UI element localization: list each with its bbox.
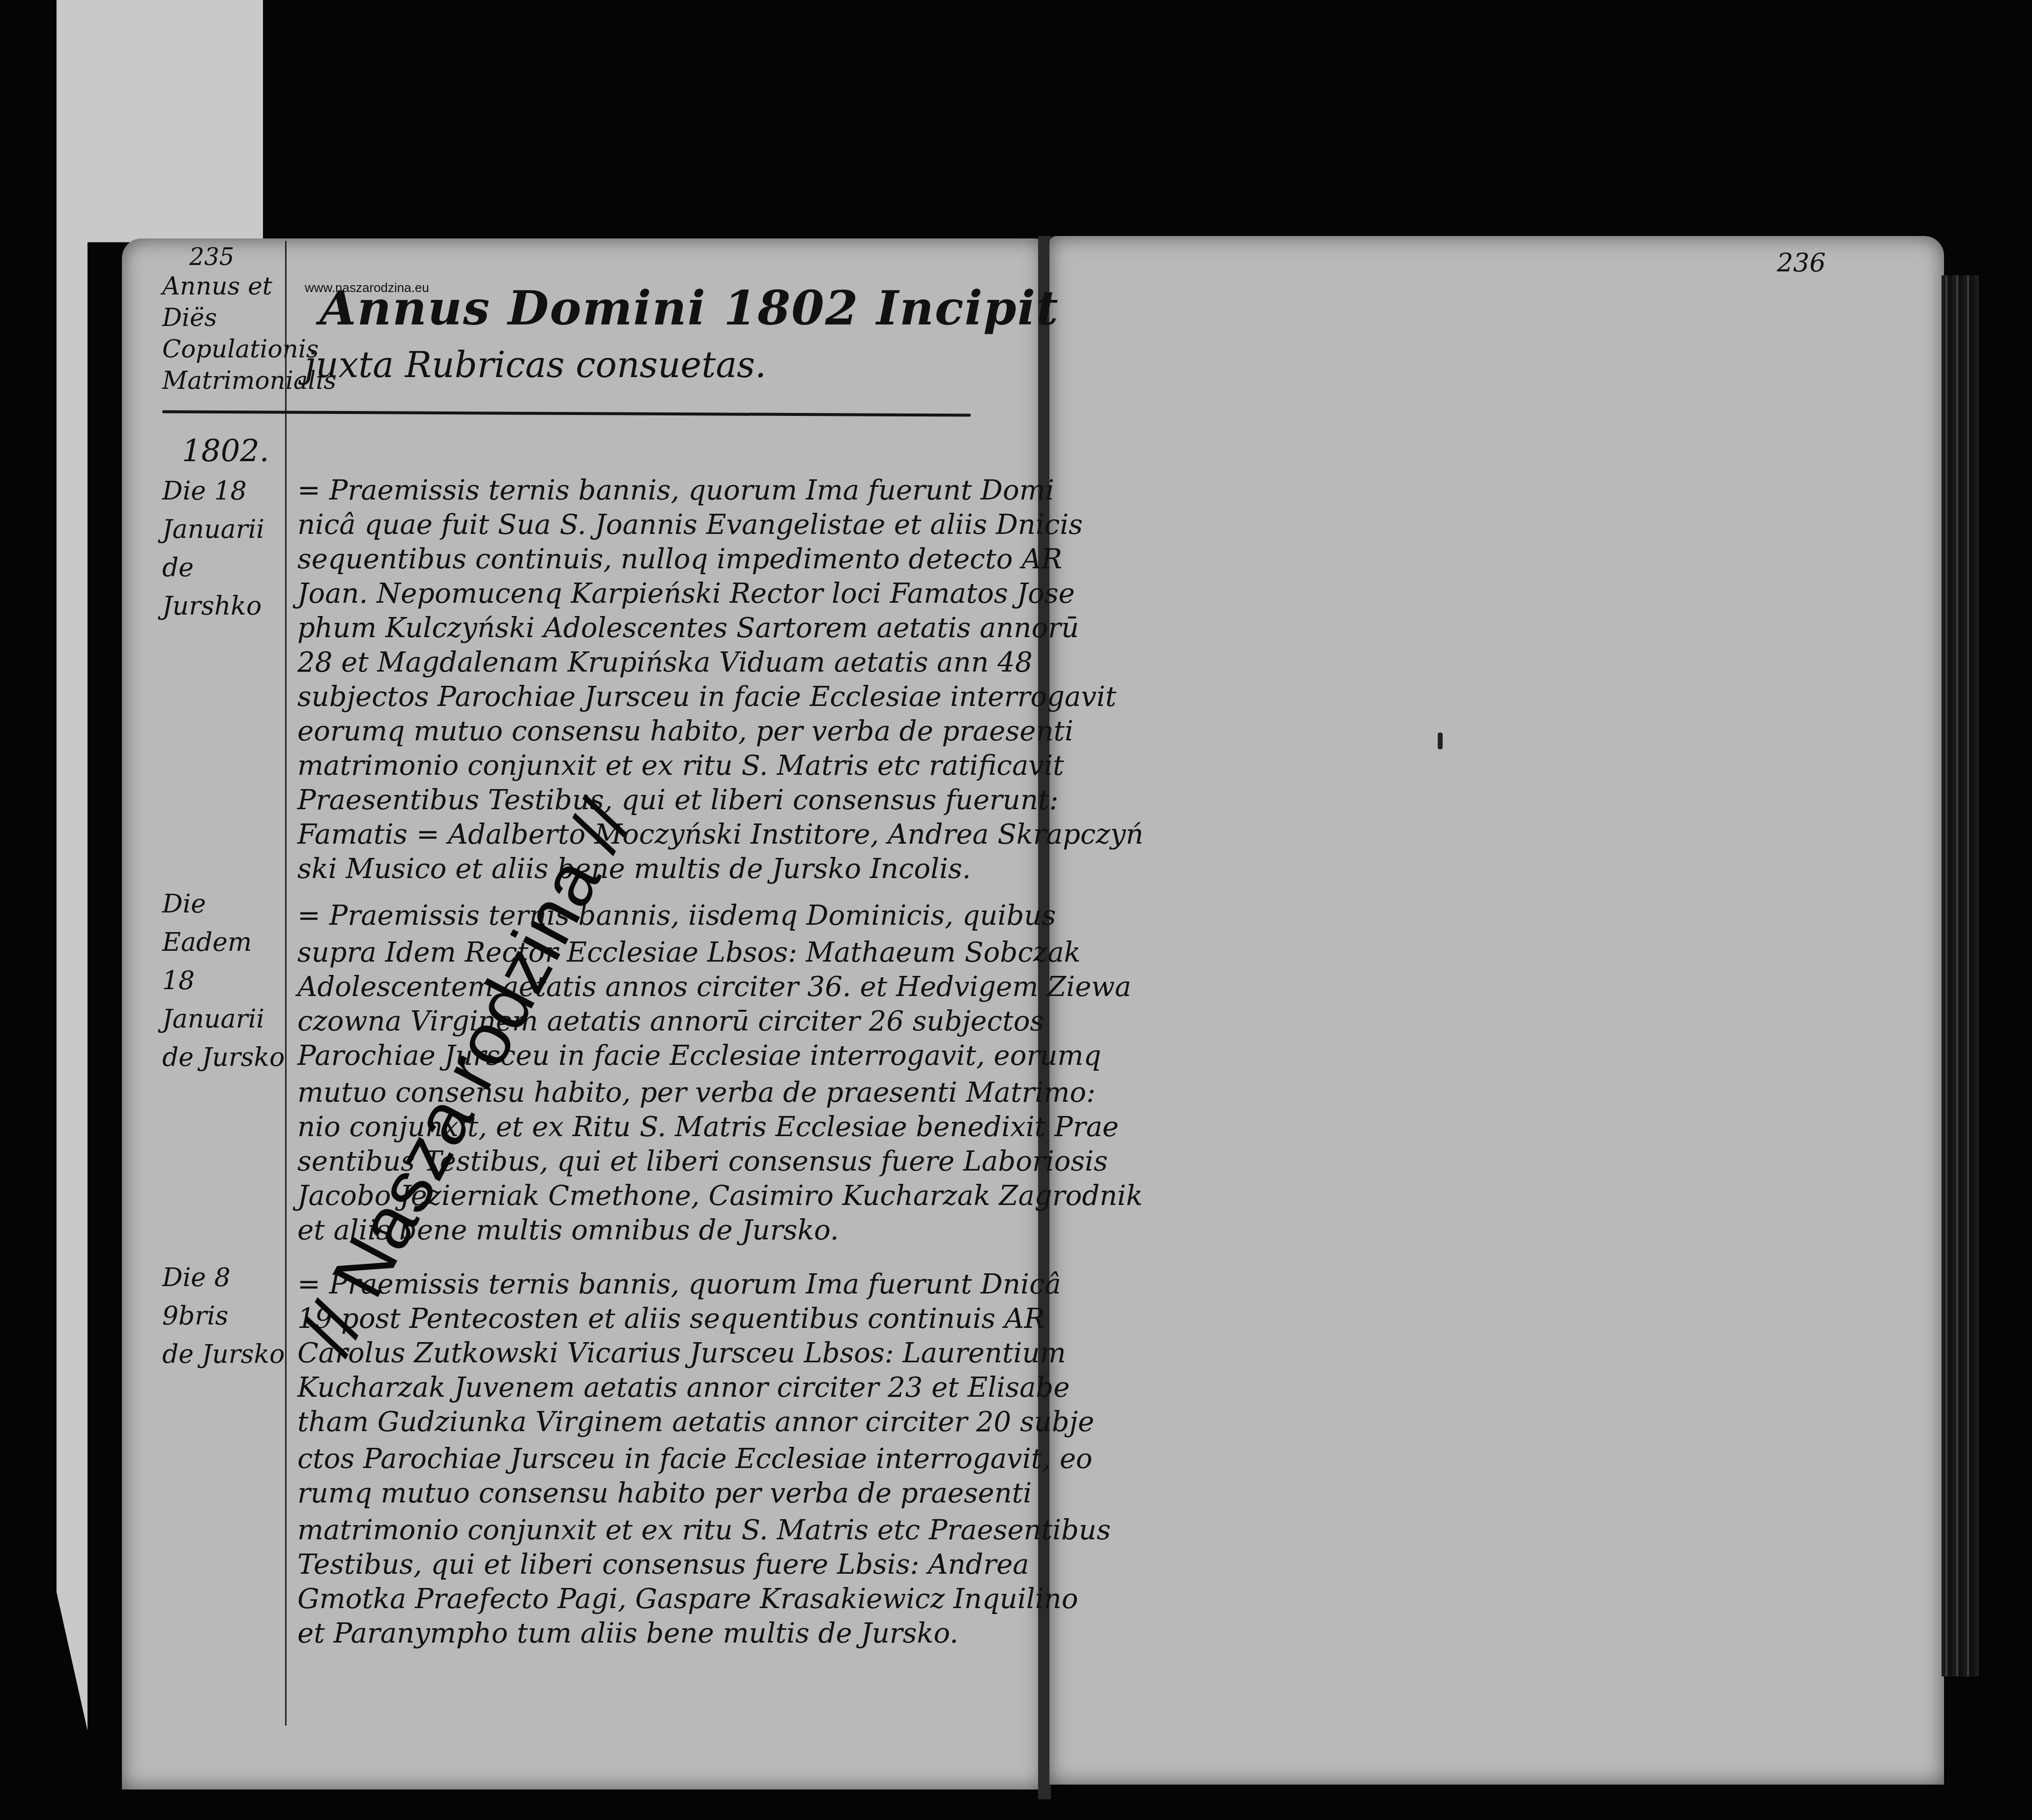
entry-line: nicâ quae fuit Sua S. Joannis Evangelist… (297, 509, 1083, 541)
page-edge-stack (1942, 275, 1978, 1676)
entry-line: Kucharzak Juvenem aetatis annor circiter… (297, 1372, 1070, 1404)
entry-line: Parochiae Jursceu in facie Ecclesiae int… (297, 1040, 1101, 1072)
entry-date: Die 18 Januarii de Jurshko (162, 472, 290, 625)
entry-line: = Praemissis ternis bannis, quorum Ima f… (297, 474, 1054, 506)
register-subtitle: juxta Rubricas consuetas. (305, 344, 766, 385)
entry-line: = Praemissis ternis bannis, iisdemq Domi… (297, 900, 1056, 932)
entry-date-text: Die Eadem 18 Januarii (162, 889, 264, 1034)
entry-date: Die 8 9bris de Jursko (162, 1259, 290, 1374)
entry-line: matrimonio conjunxit et ex ritu S. Matri… (297, 1514, 1111, 1546)
register-title: Annus Domini 1802 Incipit (319, 280, 1059, 336)
year-label: 1802. (182, 433, 269, 469)
entry-line: ctos Parochiae Jursceu in facie Ecclesia… (297, 1443, 1093, 1475)
entry-line: matrimonio conjunxit et ex ritu S. Matri… (297, 750, 1064, 782)
left-page-number: 235 (189, 243, 234, 271)
entry-date-text: Die 18 Januarii (162, 476, 264, 544)
entry-line: Gmotka Praefecto Pagi, Gaspare Krasakiew… (297, 1583, 1078, 1615)
entry-line: supra Idem Rector Ecclesiae Lbsos: Matha… (297, 937, 1081, 969)
entry-line: et Paranympho tum aliis bene multis de J… (297, 1617, 958, 1649)
entry-line: sequentibus continuis, nulloq impediment… (297, 543, 1062, 575)
entry-line: Adolescentem aetatis annos circiter 36. … (297, 971, 1131, 1003)
entry-line: ski Musico et aliis bene multis de Jursk… (297, 853, 971, 885)
entry-place-text: de Jursko (162, 1043, 285, 1072)
entry-line: eorumq mutuo consensu habito, per verba … (297, 715, 1074, 747)
entry-place-text: de Jursko (162, 1340, 285, 1369)
entry-line: rumq mutuo consensu habito per verba de … (297, 1477, 1032, 1509)
entry-line: = Praemissis ternis bannis, quorum Ima f… (297, 1268, 1061, 1300)
entry-line: tham Gudziunka Virginem aetatis annor ci… (297, 1406, 1094, 1438)
entry-date-text: Die 8 9bris (162, 1263, 231, 1331)
entry-line: Joan. Nepomucenq Karpieński Rector loci … (297, 578, 1075, 610)
entry-line: 28 et Magdalenam Krupińska Viduam aetati… (297, 646, 1033, 678)
entry-line: Praesentibus Testibus, qui et liberi con… (297, 784, 1058, 816)
ink-speck (1438, 733, 1443, 749)
entry-place-text: de Jurshko (162, 553, 261, 621)
entry-line: Carolus Zutkowski Vicarius Jursceu Lbsos… (297, 1337, 1066, 1369)
right-page-number: 236 (1777, 248, 1826, 278)
entry-line: subjectos Parochiae Jursceu in facie Ecc… (297, 681, 1116, 713)
margin-column-header: Annus et Diës Copulationis Matrimonialis (162, 270, 285, 396)
entry-line: phum Kulczyński Adolescentes Sartorem ae… (297, 612, 1079, 644)
right-page (1049, 236, 1944, 1785)
entry-line: Famatis = Adalberto Moczyński Institore,… (297, 819, 1143, 851)
entry-line: czowna Virginem aetatis annorū circiter … (297, 1005, 1044, 1037)
entry-date: Die Eadem 18 Januarii de Jursko (162, 885, 290, 1077)
entry-line: 19 post Pentecosten et aliis sequentibus… (297, 1303, 1045, 1335)
entry-line: Testibus, qui et liberi consensus fuere … (297, 1549, 1029, 1581)
